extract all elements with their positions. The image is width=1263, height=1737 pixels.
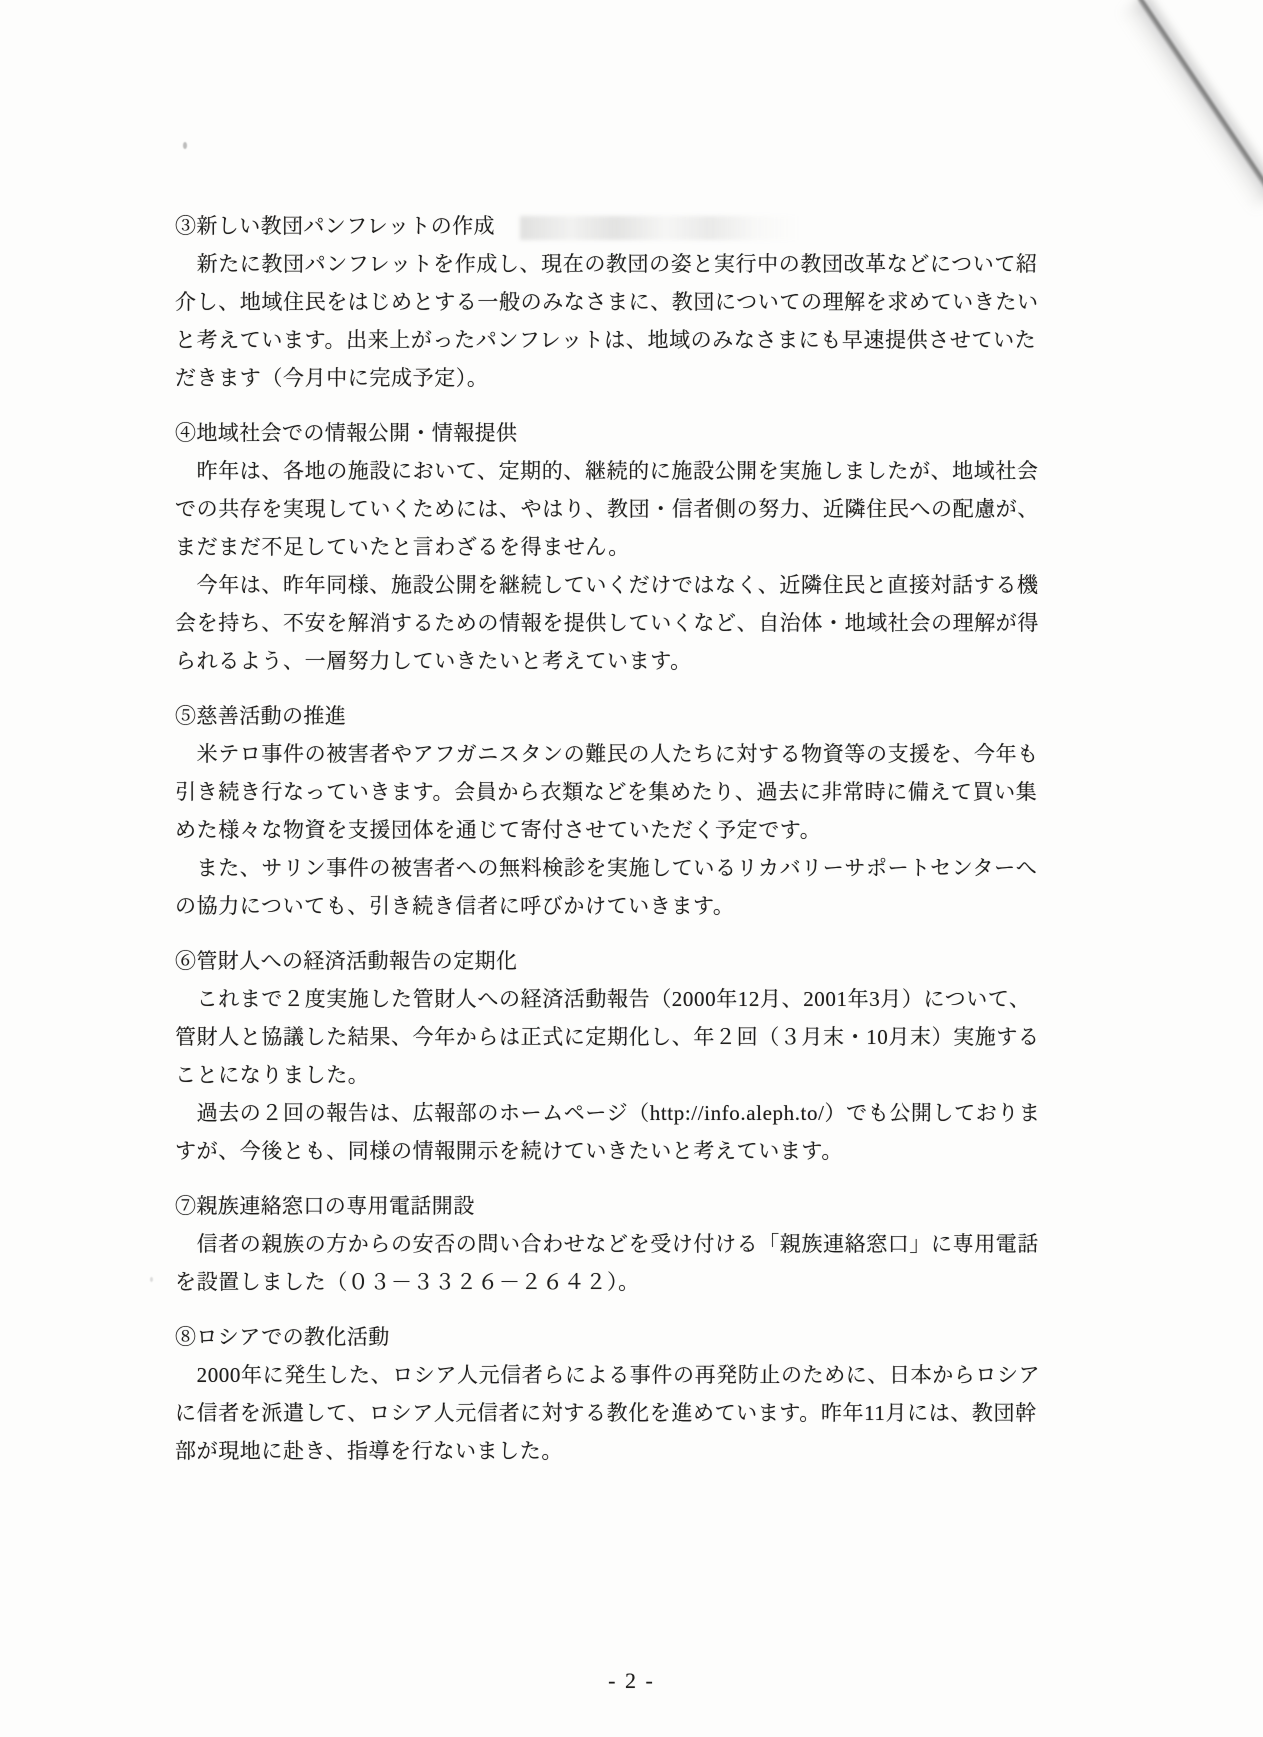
section-heading: ⑧ロシアでの教化活動 bbox=[175, 1318, 1005, 1356]
scan-speck bbox=[150, 1277, 153, 1282]
text-line: 昨年は、各地の施設において、定期的、継続的に施設公開を実施しましたが、地域社会 bbox=[175, 452, 1005, 490]
text-line: 米テロ事件の被害者やアフガニスタンの難民の人たちに対する物資等の支援を、今年も bbox=[175, 735, 1005, 773]
section-heading: ⑥管財人への経済活動報告の定期化 bbox=[175, 942, 1005, 980]
section-heading: ⑤慈善活動の推進 bbox=[175, 697, 1005, 735]
text-line: まだまだ不足していたと言わざるを得ません。 bbox=[175, 528, 1005, 566]
text-line: と考えています。出来上がったパンフレットは、地域のみなさまにも早速提供させていた bbox=[175, 321, 1005, 359]
text-line: での共存を実現していくためには、やはり、教団・信者側の努力、近隣住民への配慮が、 bbox=[175, 490, 1005, 528]
text-line: 新たに教団パンフレットを作成し、現在の教団の姿と実行中の教団改革などについて紹 bbox=[175, 245, 1005, 283]
text-line: すが、今後とも、同様の情報開示を続けていきたいと考えています。 bbox=[175, 1132, 1005, 1170]
text-line: また、サリン事件の被害者への無料検診を実施しているリカバリーサポートセンターへ bbox=[175, 849, 1005, 887]
document-body: ③新しい教団パンフレットの作成 新たに教団パンフレットを作成し、現在の教団の姿と… bbox=[175, 207, 1005, 1470]
section-heading: ③新しい教団パンフレットの作成 bbox=[175, 207, 1005, 245]
section-4: ⑥管財人への経済活動報告の定期化 これまで２度実施した管財人への経済活動報告（2… bbox=[175, 942, 1005, 1170]
section-heading: ④地域社会での情報公開・情報提供 bbox=[175, 414, 1005, 452]
section-1: ③新しい教団パンフレットの作成 新たに教団パンフレットを作成し、現在の教団の姿と… bbox=[175, 207, 1005, 397]
scanned-document-page: ③新しい教団パンフレットの作成 新たに教団パンフレットを作成し、現在の教団の姿と… bbox=[0, 0, 1263, 1737]
text-line: 過去の２回の報告は、広報部のホームページ（http://info.aleph.t… bbox=[175, 1094, 1005, 1132]
text-line: これまで２度実施した管財人への経済活動報告（2000年12月、2001年3月）に… bbox=[175, 980, 1005, 1018]
text-line: 引き続き行なっていきます。会員から衣類などを集めたり、過去に非常時に備えて買い集 bbox=[175, 773, 1005, 811]
text-line: の協力についても、引き続き信者に呼びかけていきます。 bbox=[175, 887, 1005, 925]
page-number: - 2 - bbox=[0, 1668, 1263, 1694]
text-line: 介し、地域住民をはじめとする一般のみなさまに、教団についての理解を求めていきたい bbox=[175, 283, 1005, 321]
text-line: 今年は、昨年同様、施設公開を継続していくだけではなく、近隣住民と直接対話する機 bbox=[175, 566, 1005, 604]
text-line: られるよう、一層努力していきたいと考えています。 bbox=[175, 642, 1005, 680]
section-3: ⑤慈善活動の推進 米テロ事件の被害者やアフガニスタンの難民の人たちに対する物資等… bbox=[175, 697, 1005, 925]
fold-crease-shadow bbox=[1118, 0, 1263, 212]
section-5: ⑦親族連絡窓口の専用電話開設 信者の親族の方からの安否の問い合わせなどを受け付け… bbox=[175, 1187, 1005, 1301]
text-line: に信者を派遣して、ロシア人元信者に対する教化を進めています。昨年11月には、教団… bbox=[175, 1394, 1005, 1432]
text-line: 管財人と協議した結果、今年からは正式に定期化し、年２回（３月末・10月末）実施す… bbox=[175, 1018, 1005, 1056]
section-6: ⑧ロシアでの教化活動 2000年に発生した、ロシア人元信者らによる事件の再発防止… bbox=[175, 1318, 1005, 1470]
text-line: めた様々な物資を支援団体を通じて寄付させていただく予定です。 bbox=[175, 811, 1005, 849]
text-line: を設置しました（０３－３３２６－２６４２）。 bbox=[175, 1263, 1005, 1301]
fold-crease-line bbox=[1137, 0, 1263, 194]
section-2: ④地域社会での情報公開・情報提供 昨年は、各地の施設において、定期的、継続的に施… bbox=[175, 414, 1005, 680]
text-line: 2000年に発生した、ロシア人元信者らによる事件の再発防止のために、日本からロシ… bbox=[175, 1356, 1005, 1394]
text-line: 部が現地に赴き、指導を行ないました。 bbox=[175, 1432, 1005, 1470]
text-line: 信者の親族の方からの安否の問い合わせなどを受け付ける「親族連絡窓口」に専用電話 bbox=[175, 1225, 1005, 1263]
section-heading: ⑦親族連絡窓口の専用電話開設 bbox=[175, 1187, 1005, 1225]
text-line: ことになりました。 bbox=[175, 1056, 1005, 1094]
scan-speck bbox=[183, 142, 187, 149]
text-line: 会を持ち、不安を解消するための情報を提供していくなど、自治体・地域社会の理解が得 bbox=[175, 604, 1005, 642]
text-line: だきます（今月中に完成予定）。 bbox=[175, 359, 1005, 397]
